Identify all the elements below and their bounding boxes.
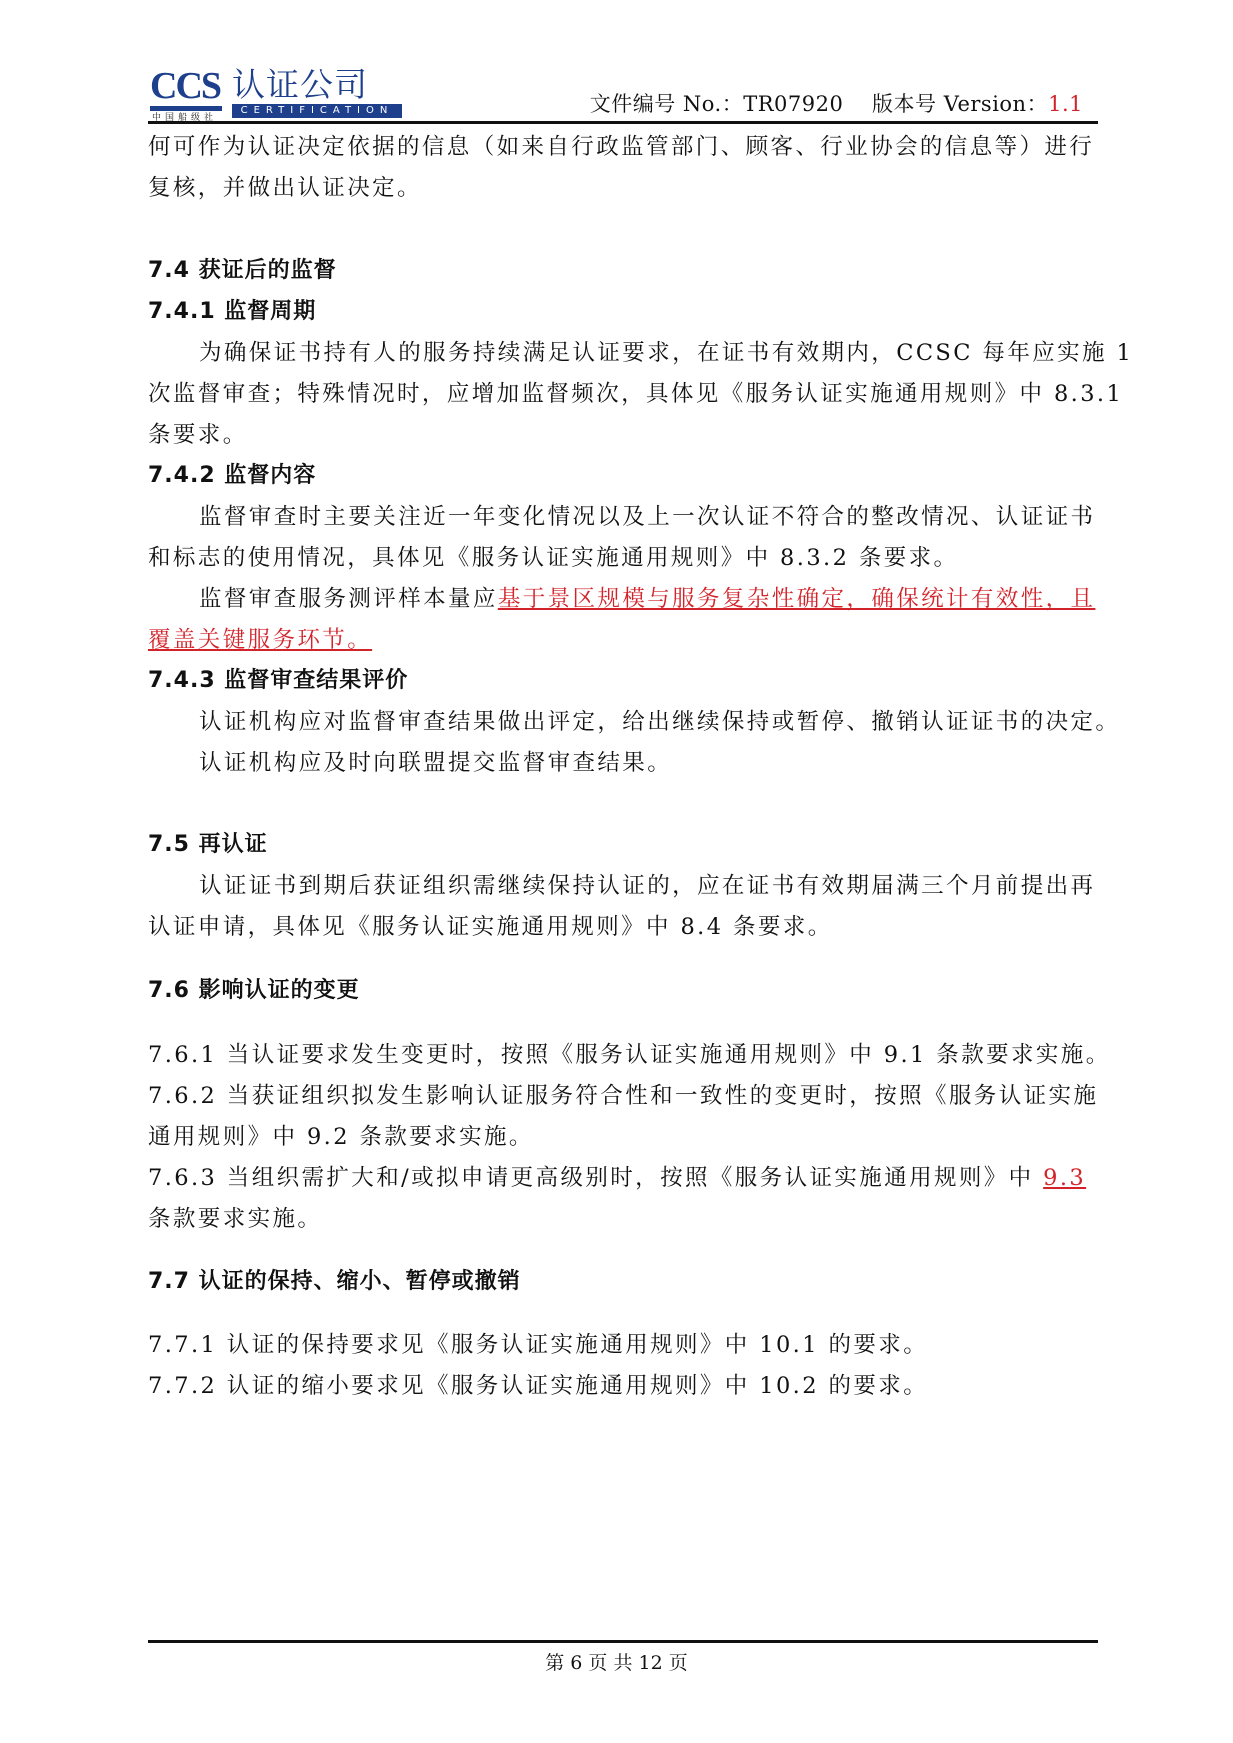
paragraph-line: 复核，并做出认证决定。: [148, 173, 1098, 203]
paragraph-line: 通用规则》中 9.2 条款要求实施。: [148, 1122, 1098, 1152]
paragraph-line: 7.6.3 当组织需扩大和/或拟申请更高级别时，按照《服务认证实施通用规则》中 …: [148, 1163, 1098, 1193]
doc-no: TR07920: [743, 92, 843, 116]
paragraph-line: 覆盖关键服务环节。: [148, 625, 1098, 655]
sample-prefix: 监督审查服务测评样本量应: [199, 586, 498, 612]
revision-inserted-text: 覆盖关键服务环节。: [148, 627, 372, 653]
subsection-heading: 7.4.1 监督周期: [148, 297, 1098, 327]
footer-divider: [148, 1640, 1098, 1643]
subsection-heading: 7.4.3 监督审查结果评价: [148, 666, 1098, 696]
document-meta: 文件编号 No.：TR07920 版本号 Version：1.1: [590, 88, 1083, 118]
paragraph-line: 次监督审查；特殊情况时，应增加监督频次，具体见《服务认证实施通用规则》中 8.3…: [148, 379, 1098, 409]
paragraph-line: 监督审查时主要关注近一年变化情况以及上一次认证不符合的整改情况、认证证书: [199, 502, 1149, 532]
subsection-heading: 7.4.2 监督内容: [148, 461, 1098, 491]
version-label: 版本号 Version：: [872, 92, 1048, 116]
doc-no-label: 文件编号 No.：: [590, 92, 744, 116]
paragraph-line: 监督审查服务测评样本量应基于景区规模与服务复杂性确定，确保统计有效性，且: [199, 584, 1149, 614]
paragraph-line: 7.6.2 当获证组织拟发生影响认证服务符合性和一致性的变更时，按照《服务认证实…: [148, 1081, 1098, 1111]
paragraph-line: 何可作为认证决定依据的信息（如来自行政监管部门、顾客、行业协会的信息等）进行: [148, 132, 1098, 162]
section-heading: 7.6 影响认证的变更: [148, 976, 1098, 1006]
header-divider: [148, 121, 1098, 124]
section-heading: 7.5 再认证: [148, 830, 1098, 860]
section-heading: 7.7 认证的保持、缩小、暂停或撤销: [148, 1267, 1098, 1297]
paragraph-line: 7.6.1 当认证要求发生变更时，按照《服务认证实施通用规则》中 9.1 条款要…: [148, 1040, 1098, 1070]
paragraph-line: 7.7.2 认证的缩小要求见《服务认证实施通用规则》中 10.2 的要求。: [148, 1371, 1098, 1401]
page-number: 第 6 页 共 12 页: [0, 1648, 1233, 1675]
paragraph-line: 认证机构应及时向联盟提交监督审查结果。: [199, 748, 1149, 778]
logo-ccs-text: CCS: [150, 66, 220, 106]
paragraph-line: 认证申请，具体见《服务认证实施通用规则》中 8.4 条要求。: [148, 912, 1098, 942]
paragraph-line: 和标志的使用情况，具体见《服务认证实施通用规则》中 8.3.2 条要求。: [148, 543, 1098, 573]
paragraph-line: 为确保证书持有人的服务持续满足认证要求，在证书有效期内，CCSC 每年应实施 1: [199, 338, 1149, 368]
logo-cn-big: 认证公司: [232, 66, 368, 104]
section-heading: 7.4 获证后的监督: [148, 256, 1098, 286]
clause-9-3-link[interactable]: 9.3: [1043, 1165, 1086, 1191]
paragraph-line: 7.7.1 认证的保持要求见《服务认证实施通用规则》中 10.1 的要求。: [148, 1330, 1098, 1360]
paragraph-line: 条要求。: [148, 420, 1098, 450]
version-number: 1.1: [1048, 92, 1083, 116]
paragraph-line: 认证证书到期后获证组织需继续保持认证的，应在证书有效期届满三个月前提出再: [199, 871, 1149, 901]
paragraph-line: 条款要求实施。: [148, 1204, 1098, 1234]
document-page: CCS 中国船级社 认证公司 CERTIFICATION 文件编号 No.：TR…: [0, 0, 1233, 1743]
paragraph-line: 认证机构应对监督审查结果做出评定，给出继续保持或暂停、撤销认证证书的决定。: [199, 707, 1149, 737]
revision-inserted-text: 基于景区规模与服务复杂性确定，确保统计有效性，且: [498, 586, 1096, 612]
logo-certification: CERTIFICATION: [232, 104, 402, 118]
clause-763-text: 7.6.3 当组织需扩大和/或拟申请更高级别时，按照《服务认证实施通用规则》中: [148, 1165, 1043, 1191]
ccs-certification-logo: CCS 中国船级社 认证公司 CERTIFICATION: [150, 66, 405, 118]
